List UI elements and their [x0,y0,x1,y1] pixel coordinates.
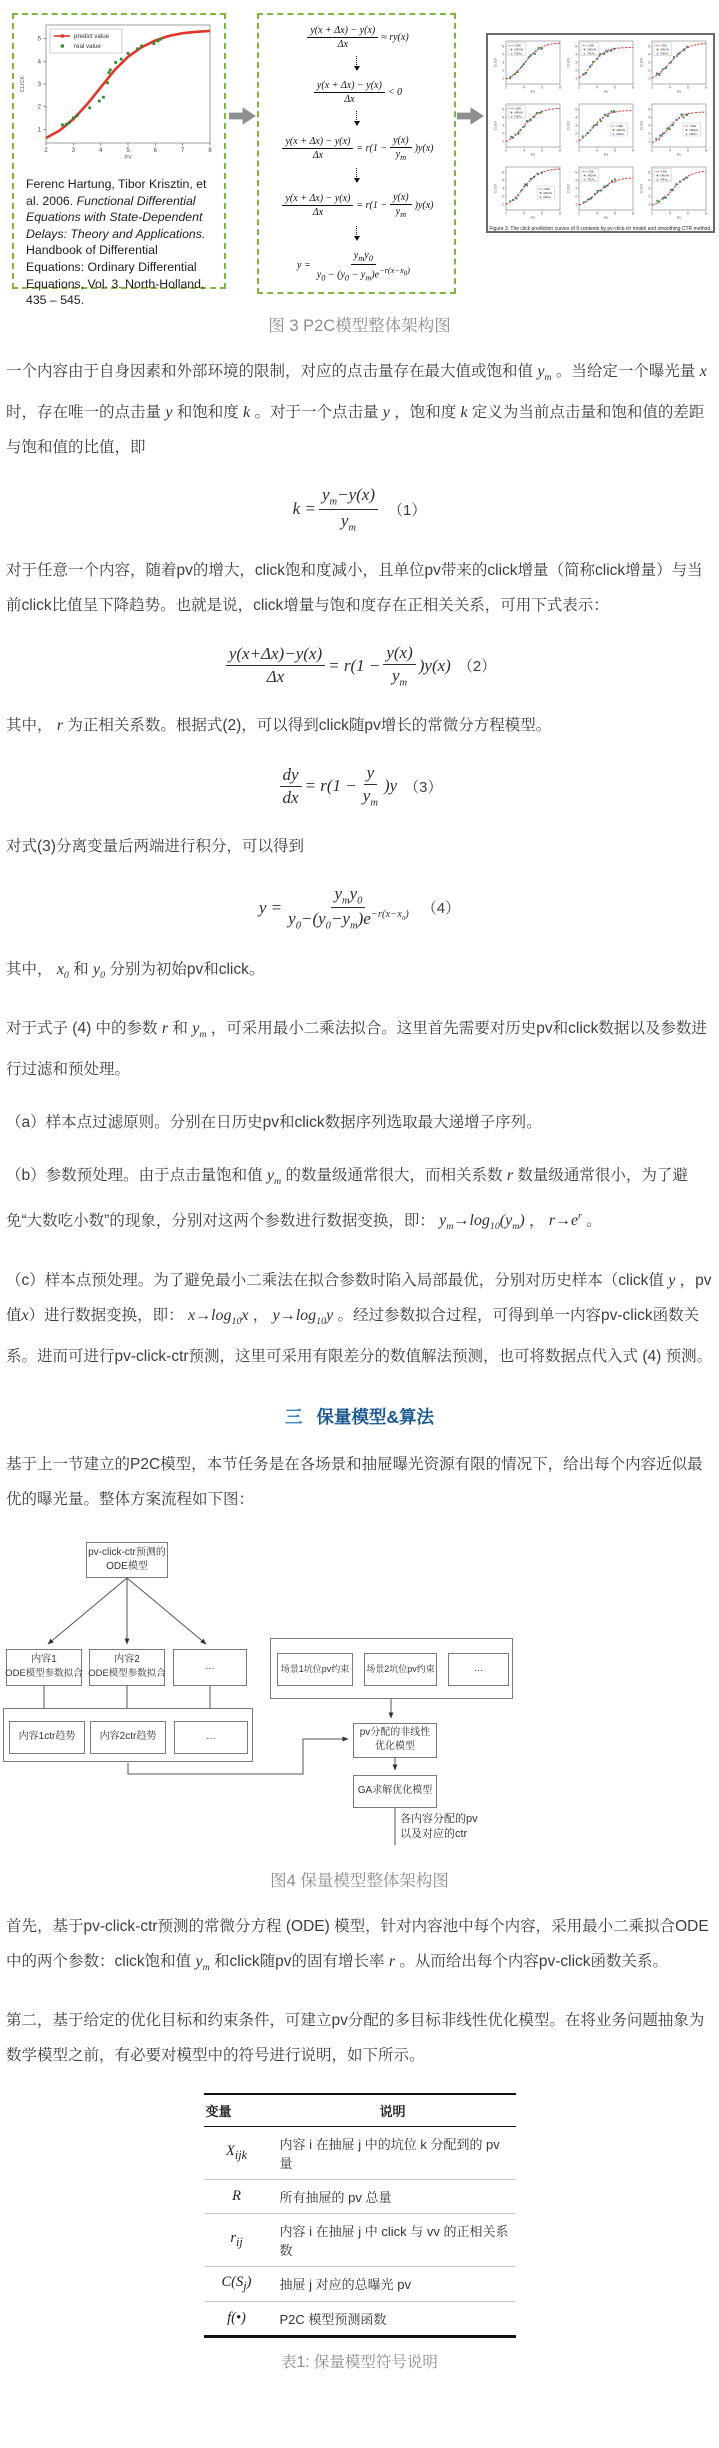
subplot-6: 246812345CLICKPVODEMEANREAL [639,101,709,161]
svg-text:3: 3 [502,124,504,128]
mean-point [666,128,668,130]
real-point [72,117,75,120]
svg-text:2: 2 [502,69,504,73]
subplot-5: 246812345CLICKPVODEMEANREAL [566,101,636,161]
mean-point [592,125,594,127]
subplot-8: 246812345CLICKPVODEMEANREAL [566,164,636,224]
svg-text:2: 2 [648,69,650,73]
svg-text:4: 4 [669,211,671,215]
svg-text:predict value: predict value [74,33,110,40]
mean-point [520,190,522,192]
svg-text:3: 3 [575,61,577,65]
chain-equation-1: y(x + Δx) − y(x)Δx ≈ ry(x) [304,25,408,50]
node-ctr-ellipsis: … [174,1721,248,1754]
description-cell: 内容 i 在抽屉 j 中 click 与 vv 的正相关系数 [270,2213,516,2266]
svg-text:5: 5 [502,108,504,112]
svg-text:PV: PV [676,153,681,157]
svg-text:8: 8 [705,148,707,152]
mean-point [517,133,519,135]
right-arrow-icon [457,106,484,126]
figure4-flowchart: pv-click-ctr预测的 ODE模型 内容1 ODE模型参数拟合 内容2 … [0,1527,719,1859]
svg-text:2: 2 [575,69,577,73]
figure3-caption: 图 3 P2C模型整体架构图 [0,312,719,336]
svg-text:8: 8 [559,85,561,89]
svg-text:7: 7 [181,148,185,154]
mean-point [536,112,538,114]
dotted-down-arrow-icon [354,56,360,74]
svg-text:4: 4 [99,148,103,154]
node-scene2-constraint: 场景2坑位pv约束 [364,1653,437,1686]
svg-text:PV: PV [603,90,608,94]
svg-text:2: 2 [575,132,577,136]
mean-point [519,129,521,131]
svg-text:CLICK: CLICK [566,183,570,193]
paragraph-2: 对于任意一个内容，随着pv的增大，click饱和度减小，且单位pv带来的clic… [6,553,713,623]
mean-point [661,68,663,70]
real-point [106,81,109,84]
scenes-container: 场景1坑位pv约束 场景2坑位pv约束 … [270,1638,513,1699]
svg-text:CLICK: CLICK [493,120,497,130]
equation-3: dydx = r(1 − yym)y（3） [6,763,713,808]
svg-text:CLICK: CLICK [566,57,570,67]
real-point [88,106,91,109]
svg-text:4: 4 [575,116,577,120]
variable-cell: R [204,2179,270,2213]
paragraph-9: （c）样本点预处理。为了避免最小二乘法在拟合参数时陷入局部最优，分别对历史样本（… [6,1263,713,1374]
dotted-down-arrow-icon [354,111,360,129]
svg-text:2: 2 [505,85,507,89]
mean-point [659,135,661,137]
svg-text:5: 5 [502,171,504,175]
node-content2-ctr-trend: 内容2ctr趋势 [90,1721,166,1754]
ctr-trends-container: 内容1ctr趋势 内容2ctr趋势 … [3,1708,253,1762]
svg-text:2: 2 [651,148,653,152]
svg-text:6: 6 [614,148,616,152]
svg-text:PV: PV [603,153,608,157]
paragraph-6: 对于式子 (4) 中的参数 r 和 ym ，可采用最小二乘法拟合。这里首先需要对… [6,1011,713,1087]
mean-point [599,53,601,55]
svg-text:5: 5 [575,108,577,112]
paragraph-8: （b）参数预处理。由于点击量饱和值 ym 的数量级通常很大，而相关系数 r 数量… [6,1158,713,1245]
table1-caption: 表1: 保量模型符号说明 [0,2350,719,2372]
mean-point [581,135,583,137]
node-ga-solver: GA求解优化模型 [353,1775,437,1808]
table-header-row: 变量 说明 [204,2094,516,2127]
svg-text:2: 2 [575,195,577,199]
subplot-2: 246812345CLICKPVODEMEANREAL [566,38,636,98]
svg-text:2: 2 [502,132,504,136]
svg-text:REAL: REAL [514,115,522,119]
real-point [76,114,79,117]
svg-text:3: 3 [38,82,42,88]
chain-equation-3: y(x + Δx) − y(x)Δx = r(1 − y(x)ym)y(x) [279,135,433,162]
mean-point [606,51,608,53]
svg-text:4: 4 [648,179,650,183]
svg-text:3: 3 [648,187,650,191]
svg-text:3: 3 [575,124,577,128]
svg-text:6: 6 [541,85,543,89]
svg-text:4: 4 [596,148,598,152]
equation-chain: y(x + Δx) − y(x)Δx ≈ ry(x)y(x + Δx) − y(… [259,15,454,292]
svg-text:6: 6 [154,148,158,154]
svg-text:REAL: REAL [587,178,595,182]
node-scene1-constraint: 场景1坑位pv约束 [277,1653,353,1686]
table-row: Xijk内容 i 在抽屉 j 中的坑位 k 分配到的 pv 量 [204,2126,516,2179]
svg-text:8: 8 [705,85,707,89]
mean-point [527,56,529,58]
paragraph-3: 其中， r 为正相关系数。根据式(2)，可以得到click随pv增长的常微分方程… [6,708,713,743]
mean-point [656,200,658,202]
real-point [157,39,160,42]
figure3-middle-panel: y(x + Δx) − y(x)Δx ≈ ry(x)y(x + Δx) − y(… [257,13,456,294]
chain-equation-2: y(x + Δx) − y(x)Δx < 0 [311,80,402,105]
paragraph-4: 对式(3)分离变量后两端进行积分，可以得到 [6,829,713,864]
svg-text:REAL: REAL [689,132,697,136]
citation-text: Ferenc Hartung, Tibor Krisztin, et al. 2… [14,174,224,309]
real-point [114,61,117,64]
subplot-7: 246812345CLICKPVODEMEANREAL [493,164,563,224]
subplot-grid-caption: Figure 3: The click prediction curves of… [488,226,713,233]
svg-text:4: 4 [669,85,671,89]
svg-text:3: 3 [502,61,504,65]
equation-4: y = ymy0y0−(y0−ym)e−r(x−x0)（4） [6,884,713,932]
svg-text:2: 2 [578,148,580,152]
real-point [127,52,130,55]
real-point [102,96,105,99]
svg-text:8: 8 [559,148,561,152]
real-point [109,69,112,72]
svg-text:6: 6 [541,211,543,215]
svg-text:1: 1 [38,127,42,133]
table-row: C(Sj)抽屉 j 对应的总曝光 pv [204,2266,516,2301]
mean-point [655,138,657,140]
real-point [153,42,156,45]
mean-point [672,56,674,58]
svg-text:5: 5 [38,37,42,43]
svg-text:PV: PV [124,155,132,161]
node-scene-ellipsis: … [448,1653,509,1686]
svg-text:CLICK: CLICK [20,76,26,93]
mean-point [682,117,684,119]
svg-text:1: 1 [575,77,577,81]
svg-text:1: 1 [648,140,650,144]
article-page: 234567812345CLICKPVpredict valuereal val… [0,0,719,2382]
mean-point [603,114,605,116]
svg-text:6: 6 [614,211,616,215]
real-point [107,71,110,74]
mean-point [606,115,608,117]
figure3-left-panel: 234567812345CLICKPVpredict valuereal val… [12,13,226,289]
svg-text:5: 5 [126,148,130,154]
mean-point [583,201,585,203]
mean-point [600,190,602,192]
svg-text:2: 2 [38,105,42,111]
svg-text:PV: PV [603,216,608,220]
real-point [120,58,123,61]
symbol-table: 变量 说明 Xijk内容 i 在抽屉 j 中的坑位 k 分配到的 pv 量R所有… [204,2093,516,2338]
real-point [61,123,64,126]
description-cell: 内容 i 在抽屉 j 中的坑位 k 分配到的 pv 量 [270,2126,516,2179]
svg-text:4: 4 [575,53,577,57]
svg-text:4: 4 [523,211,525,215]
svg-text:1: 1 [575,203,577,207]
svg-text:4: 4 [596,85,598,89]
node-content2-fit: 内容2 ODE模型参数拟合 [89,1649,165,1686]
paragraph-10: 基于上一节建立的P2C模型，本节任务是在各场景和抽屉曝光资源有限的情况下，给出每… [6,1447,713,1517]
mean-point [670,189,672,191]
svg-text:5: 5 [575,171,577,175]
svg-text:REAL: REAL [543,195,551,199]
mean-point [668,128,670,130]
svg-text:REAL: REAL [587,52,595,56]
paragraph-5: 其中， x0 和 y0 分别为初始pv和click。 [6,952,713,993]
svg-text:2: 2 [648,132,650,136]
figure3-right-panel: 246812345CLICKPVODEMEANREAL246812345CLIC… [486,33,715,233]
mean-point [614,178,616,180]
article-body-2: 首先，基于pv-click-ctr预测的常微分方程 (ODE) 模型，针对内容池… [0,1909,719,2073]
mean-point [658,74,660,76]
mean-point [599,120,601,122]
paragraph-12: 第二，基于给定的优化目标和约束条件，可建立pv分配的多目标非线性优化模型。在将业… [6,2003,713,2073]
svg-text:4: 4 [575,179,577,183]
svg-text:4: 4 [502,116,504,120]
svg-text:1: 1 [502,203,504,207]
svg-text:4: 4 [648,53,650,57]
subplot-3: 246812345CLICKPVODEMEANREAL [639,38,709,98]
svg-text:CLICK: CLICK [639,183,643,193]
svg-text:8: 8 [632,211,634,215]
svg-text:6: 6 [687,85,689,89]
svg-text:1: 1 [502,140,504,144]
node-content-fit-ellipsis: … [173,1649,247,1686]
svg-text:5: 5 [502,45,504,49]
svg-text:2: 2 [44,148,48,154]
column-header-description: 说明 [270,2094,516,2127]
svg-text:2: 2 [505,211,507,215]
subplot-9: 246812345CLICKPVODEMEANREAL [639,164,709,224]
real-point [65,123,68,126]
flowchart-output-label: 各内容分配的pv 以及对应的ctr [400,1812,478,1842]
mean-point [513,73,515,75]
table-row: R所有抽屉的 pv 总量 [204,2179,516,2213]
svg-text:1: 1 [575,140,577,144]
real-point [159,38,162,41]
svg-text:4: 4 [523,148,525,152]
description-cell: 抽屉 j 对应的总曝光 pv [270,2266,516,2301]
svg-text:4: 4 [38,59,42,65]
mean-point [520,66,522,68]
svg-text:3: 3 [575,187,577,191]
paragraph-7: （a）样本点过滤原则。分别在日历史pv和click数据序列选取最大递增子序列。 [6,1105,713,1140]
svg-text:PV: PV [530,216,535,220]
equation-1: k = ym−y(x)ym（1） [6,485,713,533]
mean-point [509,77,511,79]
real-point [98,100,101,103]
svg-text:6: 6 [541,148,543,152]
svg-text:8: 8 [208,148,212,154]
table-row: f(•)P2C 模型预测函数 [204,2301,516,2336]
svg-text:2: 2 [578,85,580,89]
article-body: 一个内容由于自身因素和外部环境的限制，对应的点击量存在最大值或饱和值 ym 。当… [0,354,719,1517]
mean-point [593,193,595,195]
paragraph-11: 首先，基于pv-click-ctr预测的常微分方程 (ODE) 模型，针对内容池… [6,1909,713,1985]
description-cell: 所有抽屉的 pv 总量 [270,2179,516,2213]
subplot-4: 246812345CLICKPVODEMEANREAL [493,101,563,161]
svg-text:5: 5 [575,45,577,49]
svg-text:2: 2 [648,195,650,199]
mean-point [537,47,539,49]
svg-text:1: 1 [648,203,650,207]
svg-text:CLICK: CLICK [639,120,643,130]
real-point [68,121,71,124]
variable-cell: Xijk [204,2126,270,2179]
figure4-caption: 图4 保量模型整体架构图 [0,1867,719,1891]
svg-text:REAL: REAL [660,178,668,182]
svg-text:3: 3 [648,61,650,65]
node-content1-fit: 内容1 ODE模型参数拟合 [6,1649,82,1686]
svg-text:3: 3 [502,187,504,191]
mean-point [589,129,591,131]
svg-text:PV: PV [676,90,681,94]
svg-text:1: 1 [502,77,504,81]
column-header-variable: 变量 [204,2094,270,2127]
svg-text:2: 2 [578,211,580,215]
mean-point [591,61,593,63]
real-point [136,47,139,50]
variable-cell: rij [204,2213,270,2266]
svg-text:4: 4 [523,85,525,89]
equation-2: y(x+Δx)−y(x)Δx = r(1 − y(x)ym)y(x)（2） [6,643,713,688]
svg-text:CLICK: CLICK [639,57,643,67]
svg-text:2: 2 [651,211,653,215]
variable-cell: f(•) [204,2301,270,2336]
table-row: rij内容 i 在抽屉 j 中 click 与 vv 的正相关系数 [204,2213,516,2266]
svg-text:CLICK: CLICK [493,183,497,193]
svg-text:PV: PV [530,90,535,94]
mean-point [611,180,613,182]
svg-text:8: 8 [705,211,707,215]
subplot-grid: 246812345CLICKPVODEMEANREAL246812345CLIC… [488,38,713,224]
svg-text:5: 5 [648,108,650,112]
real-point [140,44,143,47]
section-heading: 三保量模型&算法 [6,1404,713,1429]
section-title: 保量模型&算法 [316,1407,434,1427]
right-arrow-icon [229,106,256,126]
svg-text:1: 1 [648,77,650,81]
pv-click-chart: 234567812345CLICKPVpredict valuereal val… [14,15,220,169]
mean-point [610,111,612,113]
variable-cell: C(Sj) [204,2266,270,2301]
svg-text:4: 4 [502,53,504,57]
dotted-down-arrow-icon [354,168,360,186]
node-nonlinear-optimization: pv分配的非线性 优化模型 [353,1723,437,1758]
svg-text:8: 8 [632,85,634,89]
svg-text:CLICK: CLICK [493,57,497,67]
svg-text:2: 2 [505,148,507,152]
svg-text:REAL: REAL [660,52,668,56]
mean-point [509,200,511,202]
svg-text:3: 3 [72,148,76,154]
svg-text:6: 6 [687,148,689,152]
svg-text:6: 6 [614,85,616,89]
mean-point [675,183,677,185]
node-ode-model: pv-click-ctr预测的 ODE模型 [86,1542,168,1578]
svg-text:4: 4 [502,179,504,183]
paragraph-1: 一个内容由于自身因素和外部环境的限制，对应的点击量存在最大值或饱和值 ym 。当… [6,354,713,465]
svg-text:5: 5 [648,171,650,175]
chain-equation-5: y = ymy0y0 − (y0 − ym)e−r(x−x0) [297,250,416,282]
svg-text:PV: PV [530,153,535,157]
svg-text:2: 2 [651,85,653,89]
dotted-down-arrow-icon [354,226,360,244]
section-index: 三 [285,1407,303,1427]
svg-text:CLICK: CLICK [566,120,570,130]
svg-text:4: 4 [669,148,671,152]
svg-text:REAL: REAL [514,52,522,56]
svg-text:8: 8 [632,148,634,152]
node-content1-ctr-trend: 内容1ctr趋势 [9,1721,85,1754]
svg-text:2: 2 [502,195,504,199]
svg-text:5: 5 [648,45,650,49]
svg-text:3: 3 [648,124,650,128]
subplot-1: 246812345CLICKPVODEMEANREAL [493,38,563,98]
chain-equation-4: y(x + Δx) − y(x)Δx = r(1 − y(x)ym)y(x) [279,192,433,219]
description-cell: P2C 模型预测函数 [270,2301,516,2336]
figure3: 234567812345CLICKPVpredict valuereal val… [0,0,719,296]
svg-text:6: 6 [687,211,689,215]
svg-text:4: 4 [596,211,598,215]
svg-text:4: 4 [648,116,650,120]
svg-text:REAL: REAL [616,132,624,136]
svg-text:8: 8 [559,211,561,215]
svg-text:real value: real value [74,43,101,50]
svg-text:PV: PV [676,216,681,220]
